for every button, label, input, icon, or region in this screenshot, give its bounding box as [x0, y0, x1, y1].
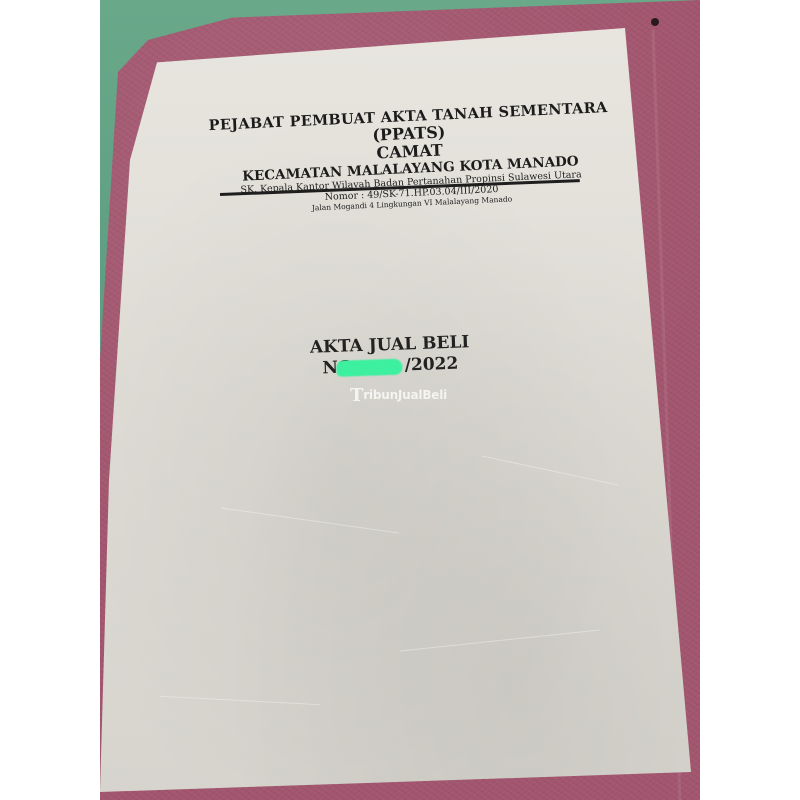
deed-paper: PEJABAT PEMBUAT AKTA TANAH SEMENTARA (PP… [100, 0, 700, 800]
watermark-text: ribunJualBeli [363, 388, 447, 402]
redaction-mark [336, 359, 403, 377]
office-header: PEJABAT PEMBUAT AKTA TANAH SEMENTARA (PP… [198, 99, 622, 219]
deed-title: AKTA JUAL BELI NO/2022 [279, 331, 500, 381]
paper-wrinkle [400, 630, 599, 652]
deed-number-suffix: /2022 [404, 354, 458, 376]
paper-wrinkle [160, 696, 320, 705]
document-photo: PEJABAT PEMBUAT AKTA TANAH SEMENTARA (PP… [100, 0, 700, 800]
paper-wrinkle [221, 507, 399, 533]
watermark: TribunJualBeli [350, 385, 447, 406]
pin-mark [651, 18, 659, 26]
paper-wrinkle [481, 455, 618, 485]
tribun-logo-icon: T [350, 385, 363, 406]
